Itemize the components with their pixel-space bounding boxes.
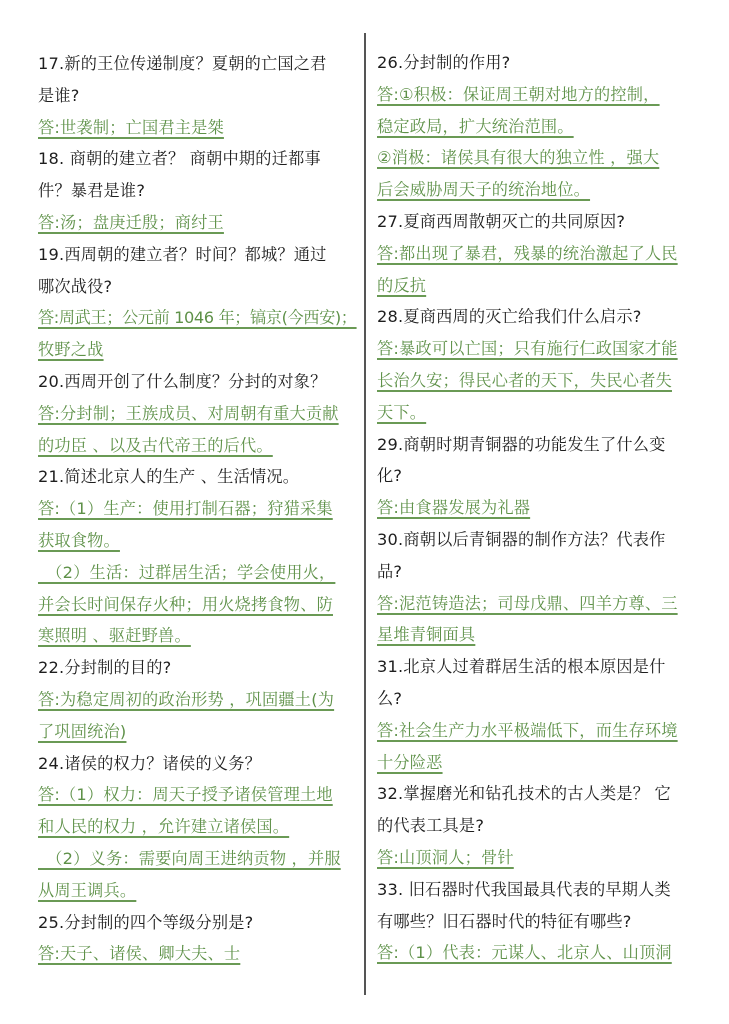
answer-line: 答:由食器发展为礼器 bbox=[377, 492, 693, 524]
question-line: 20.西周开创了什么制度？分封的对象？ bbox=[38, 366, 354, 398]
question-line: 31.北京人过着群居生活的根本原因是什 bbox=[377, 651, 693, 683]
answer-line: 答:泥范铸造法；司母戊鼎、四羊方尊、三 bbox=[377, 588, 693, 620]
question-line: 28.夏商西周的灭亡给我们什么启示? bbox=[377, 301, 693, 333]
right-column: 26.分封制的作用? 答:①积极：保证周王朝对地方的控制， 稳定政局，扩大统治范… bbox=[377, 47, 693, 969]
answer-line: 和人民的权力 ，允许建立诸侯国。 bbox=[38, 811, 354, 843]
answer-line: 星堆青铜面具 bbox=[377, 619, 693, 651]
answer-line: （2）生活：过群居生活；学会使用火， bbox=[38, 557, 354, 589]
answer-line: 答:世袭制；亡国君主是桀 bbox=[38, 112, 354, 144]
question-line: 17.新的王位传递制度？夏朝的亡国之君 bbox=[38, 48, 354, 80]
question-line: 19.西周朝的建立者？时间？都城？通过 bbox=[38, 239, 354, 271]
answer-line: 答:为稳定周初的政治形势 ，巩固疆土(为 bbox=[38, 684, 354, 716]
answer-line: 十分险恶 bbox=[377, 747, 693, 779]
answer-line: 答:（1）生产：使用打制石器；狩猎采集 bbox=[38, 493, 354, 525]
answer-line: 的功臣 、以及古代帝王的后代。 bbox=[38, 430, 354, 462]
answer-line: 后会威胁周天子的统治地位。 bbox=[377, 174, 693, 206]
question-line: 品? bbox=[377, 556, 693, 588]
question-line: 24.诸侯的权力？诸侯的义务？ bbox=[38, 748, 354, 780]
question-line: 21.简述北京人的生产 、生活情况。 bbox=[38, 461, 354, 493]
answer-line: 天下。 bbox=[377, 397, 693, 429]
question-line: 32.掌握磨光和钻孔技术的古人类是？ 它 bbox=[377, 778, 693, 810]
answer-line: ②消极：诸侯具有很大的独立性 ，强大 bbox=[377, 142, 693, 174]
question-line: 18. 商朝的建立者？ 商朝中期的迁都事 bbox=[38, 143, 354, 175]
answer-line: 答:周武王；公元前 1046 年；镐京(今西安)； bbox=[38, 302, 354, 334]
answer-line: 答:社会生产力水平极端低下，而生存环境 bbox=[377, 715, 693, 747]
answer-line: 了巩固统治) bbox=[38, 716, 354, 748]
question-line: 的代表工具是? bbox=[377, 810, 693, 842]
left-column: 17.新的王位传递制度？夏朝的亡国之君 是谁? 答:世袭制；亡国君主是桀 18.… bbox=[38, 48, 354, 970]
answer-line: 从周王调兵。 bbox=[38, 875, 354, 907]
answer-line: 答:山顶洞人；骨针 bbox=[377, 842, 693, 874]
question-line: 化? bbox=[377, 460, 693, 492]
question-line: 么? bbox=[377, 683, 693, 715]
answer-line: 答:①积极：保证周王朝对地方的控制， bbox=[377, 79, 693, 111]
answer-line: 答:（1）代表：元谋人、北京人、山顶洞 bbox=[377, 937, 693, 969]
answer-line: 答:分封制；王族成员、对周朝有重大贡献 bbox=[38, 398, 354, 430]
question-line: 30.商朝以后青铜器的制作方法？代表作 bbox=[377, 524, 693, 556]
answer-line: 牧野之战 bbox=[38, 334, 354, 366]
answer-line: 的反抗 bbox=[377, 270, 693, 302]
question-line: 29.商朝时期青铜器的功能发生了什么变 bbox=[377, 429, 693, 461]
question-line: 哪次战役? bbox=[38, 271, 354, 303]
answer-line: 长治久安；得民心者的天下，失民心者失 bbox=[377, 365, 693, 397]
question-line: 33. 旧石器时代我国最具代表的早期人类 bbox=[377, 874, 693, 906]
question-line: 27.夏商西周散朝灭亡的共同原因? bbox=[377, 206, 693, 238]
answer-line: 答:汤；盘庚迁殷；商纣王 bbox=[38, 207, 354, 239]
answer-line: 并会长时间保存火种；用火烧拷食物、防 bbox=[38, 589, 354, 621]
answer-line: 答:暴政可以亡国；只有施行仁政国家才能 bbox=[377, 333, 693, 365]
question-line: 是谁? bbox=[38, 80, 354, 112]
answer-line: 稳定政局，扩大统治范围。 bbox=[377, 111, 693, 143]
answer-line: （2）义务：需要向周王进纳贡物 ，并服 bbox=[38, 843, 354, 875]
answer-line: 获取食物。 bbox=[38, 525, 354, 557]
answer-line: 答:都出现了暴君，残暴的统治激起了人民 bbox=[377, 238, 693, 270]
question-line: 25.分封制的四个等级分别是? bbox=[38, 907, 354, 939]
question-line: 件？暴君是谁? bbox=[38, 175, 354, 207]
answer-line: 寒照明 、驱赶野兽。 bbox=[38, 620, 354, 652]
question-line: 22.分封制的目的? bbox=[38, 652, 354, 684]
column-divider bbox=[364, 33, 366, 995]
answer-line: 答:天子、诸侯、卿大夫、士 bbox=[38, 938, 354, 970]
question-line: 有哪些？旧石器时代的特征有哪些? bbox=[377, 906, 693, 938]
answer-line: 答:（1）权力：周天子授予诸侯管理土地 bbox=[38, 779, 354, 811]
question-line: 26.分封制的作用? bbox=[377, 47, 693, 79]
